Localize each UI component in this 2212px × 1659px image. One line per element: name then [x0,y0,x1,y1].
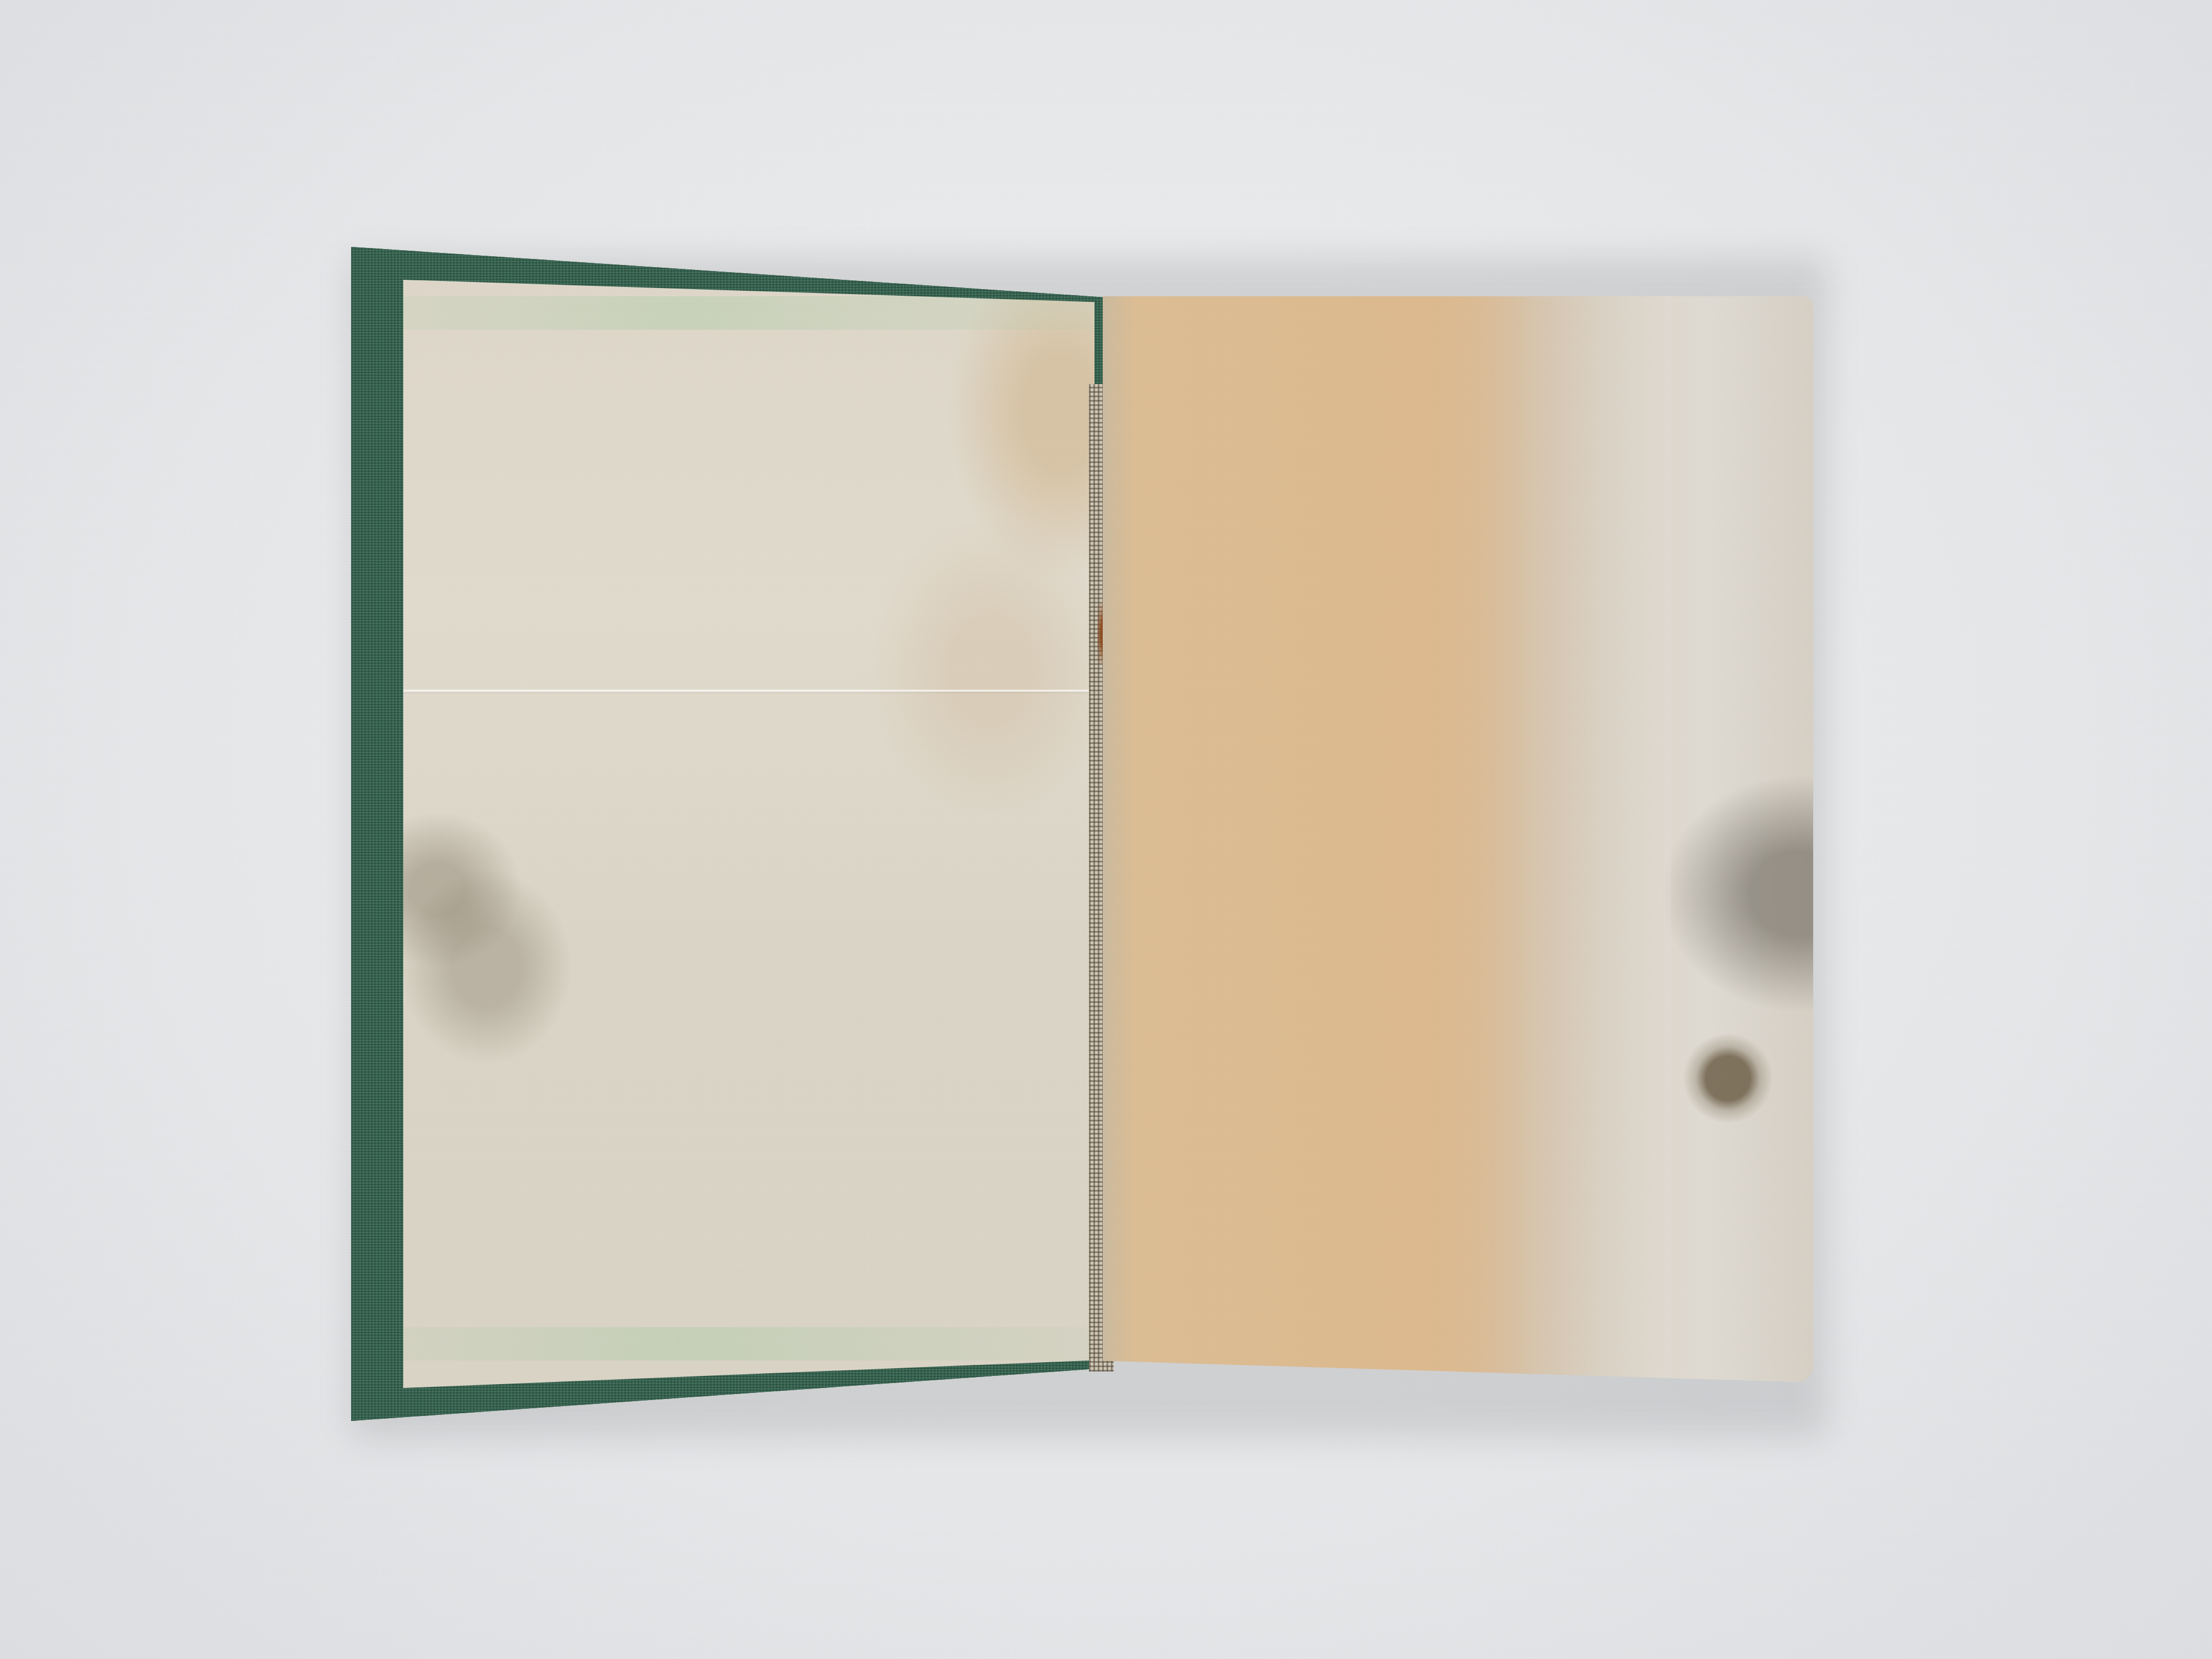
inside-cover-pastedown [403,280,1094,1388]
first-page-stained [1103,296,1813,1383]
photo-scene [0,0,2212,1659]
green-offset-stain-top [403,296,1094,330]
paper-crease [403,690,1094,692]
water-tidemark [1472,296,1671,1383]
green-offset-stain-bottom [403,1327,1094,1361]
gutter-shading [1103,296,1136,1383]
